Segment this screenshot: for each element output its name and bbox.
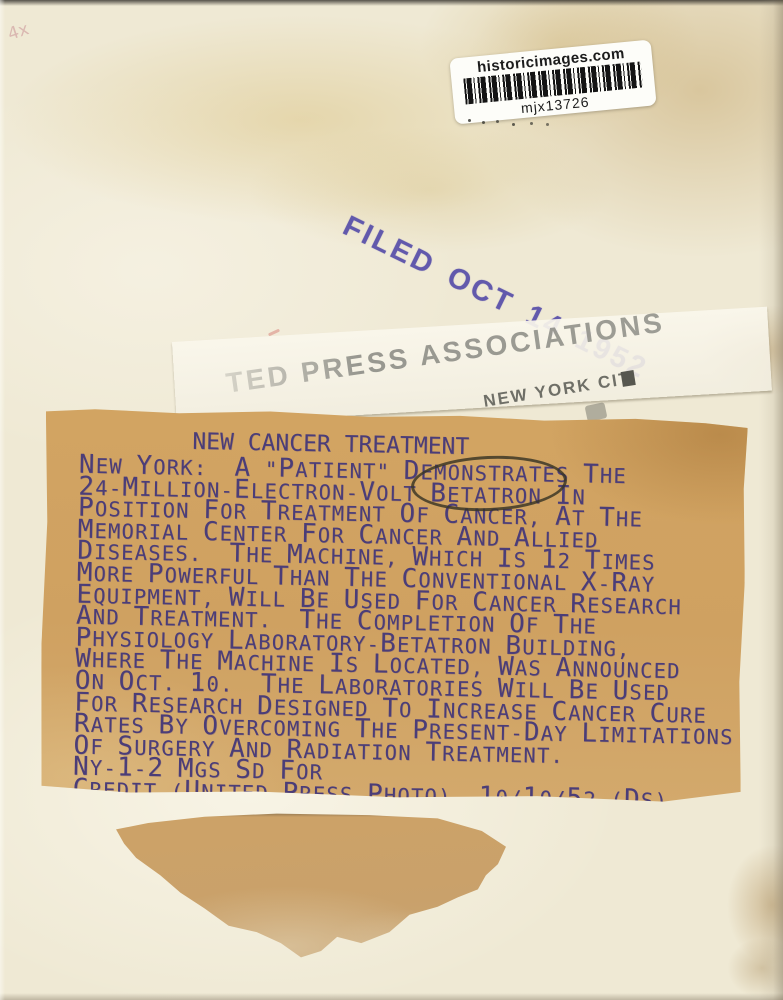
stamp-smudge	[585, 402, 608, 422]
photo-edge-bottom	[0, 993, 783, 1000]
stamp-ink-block	[621, 370, 636, 387]
press-photo-verso: 4x historicimages.com mjx13726 FILED OCT…	[0, 0, 783, 1000]
caption-text: NEW YORK: A "PATIENT" DEMONSTRATES THE24…	[72, 455, 747, 813]
torn-label-fragment	[108, 812, 510, 970]
caption-label: NEW CANCER TREATMENT NEW YORK: A "PATIEN…	[39, 406, 748, 805]
ink-dots	[468, 119, 471, 122]
photo-edge-top	[0, 0, 783, 6]
photo-edge-left	[0, 0, 5, 1000]
pencil-mark: 4x	[5, 19, 31, 44]
photo-edge-right	[759, 0, 783, 1000]
barcode-sticker: historicimages.com mjx13726	[449, 39, 656, 124]
